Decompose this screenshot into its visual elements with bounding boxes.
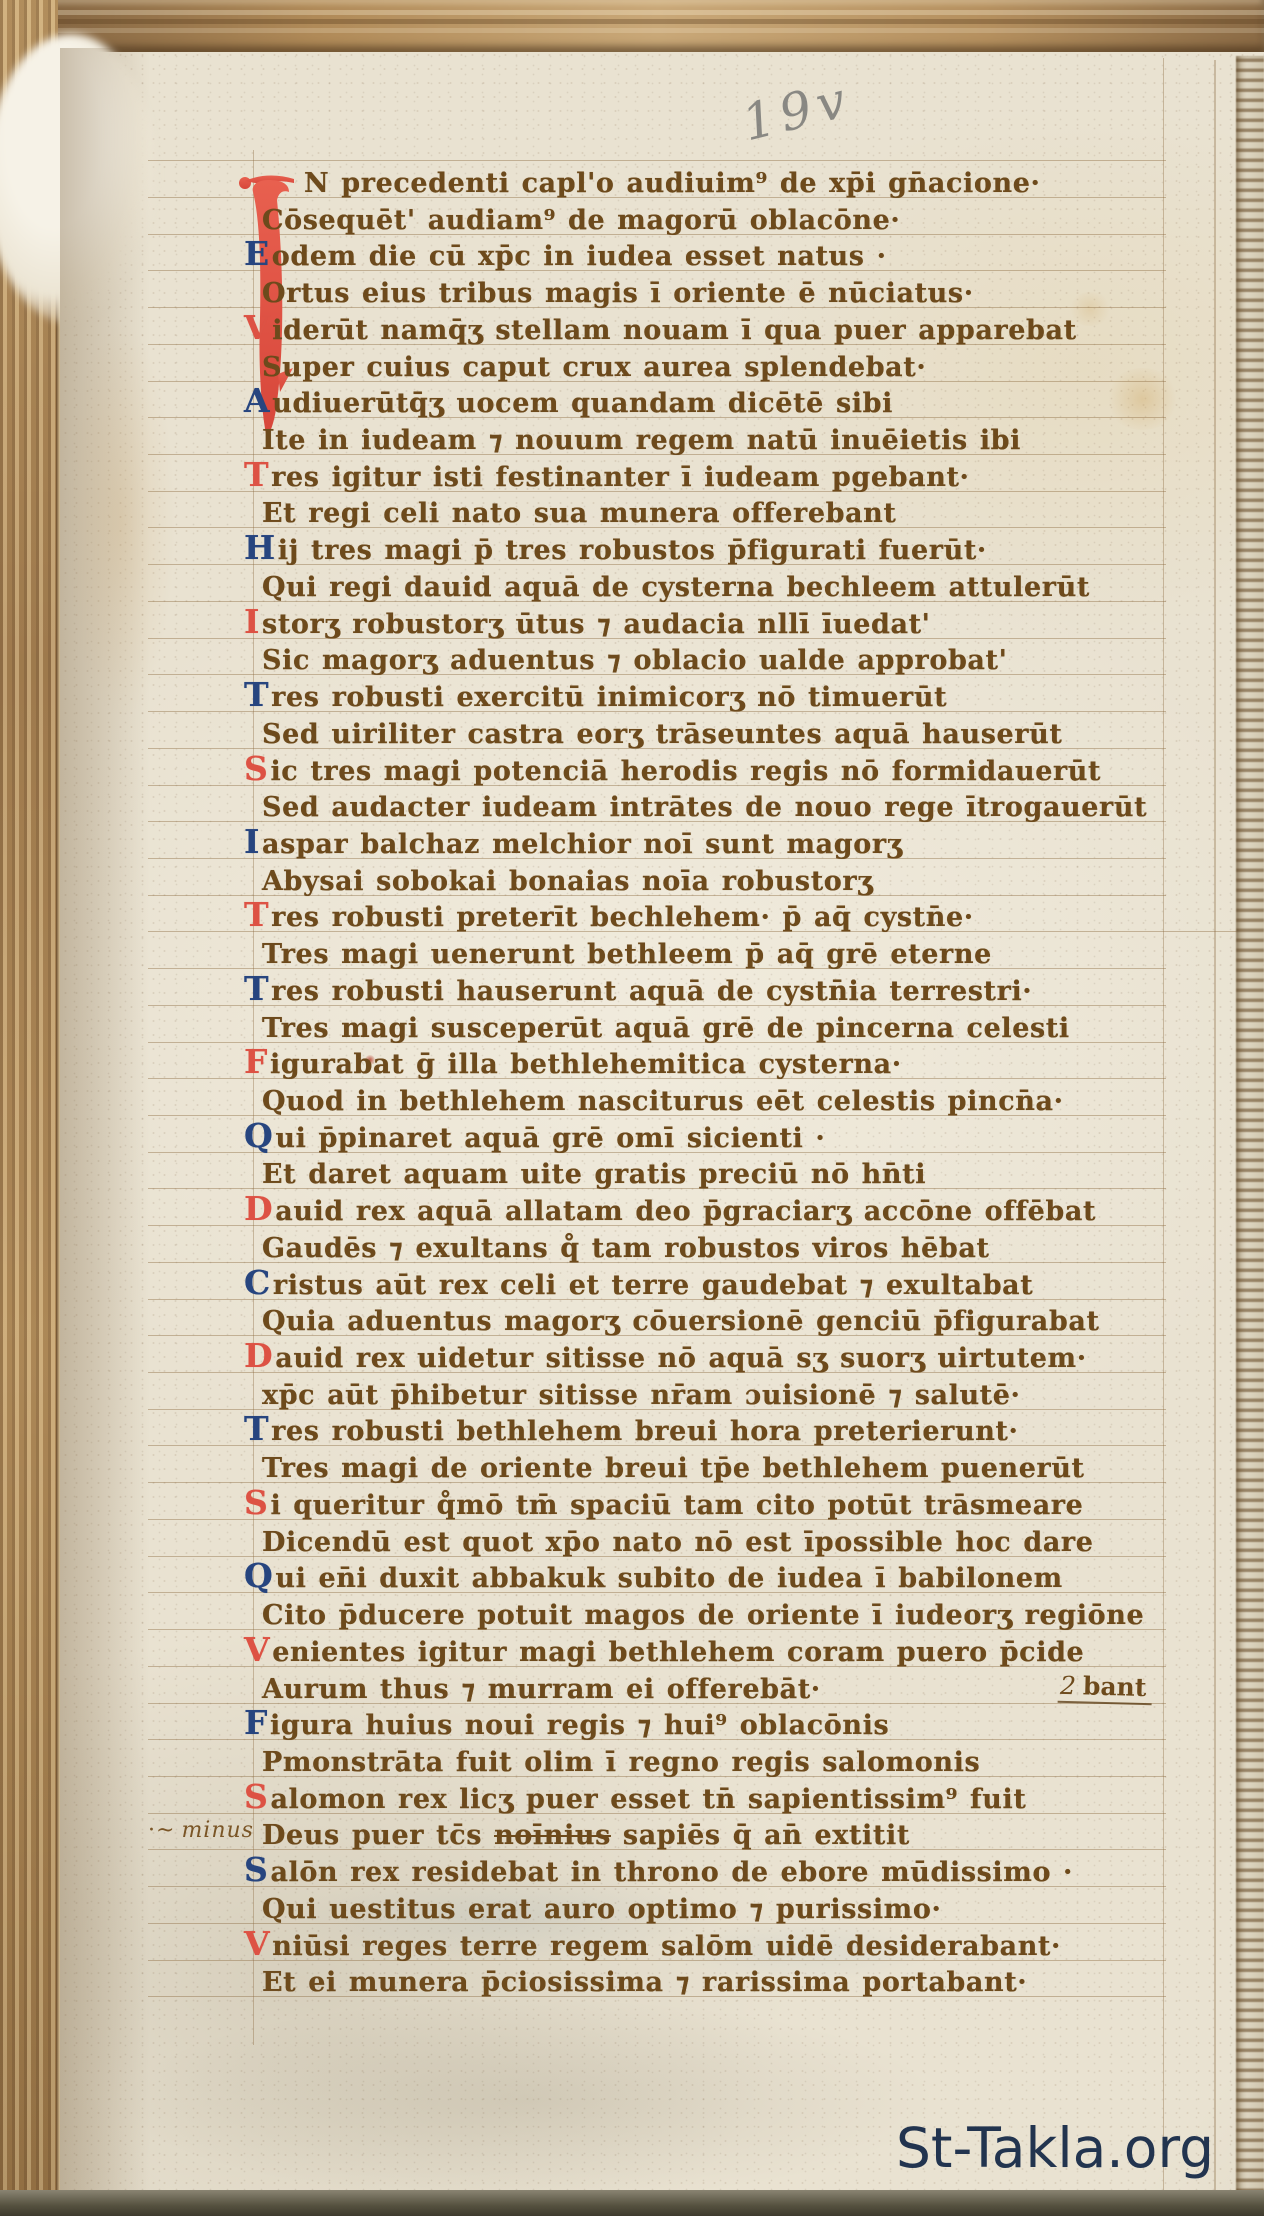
book-bottom-edge: [0, 2190, 1264, 2216]
watermark: St-Takla.org: [896, 2116, 1214, 2180]
photo-vignette: [0, 0, 1264, 2216]
manuscript-photo: 19v N precedenti capl'o audiuim⁹ de xp̄i…: [0, 0, 1264, 2216]
